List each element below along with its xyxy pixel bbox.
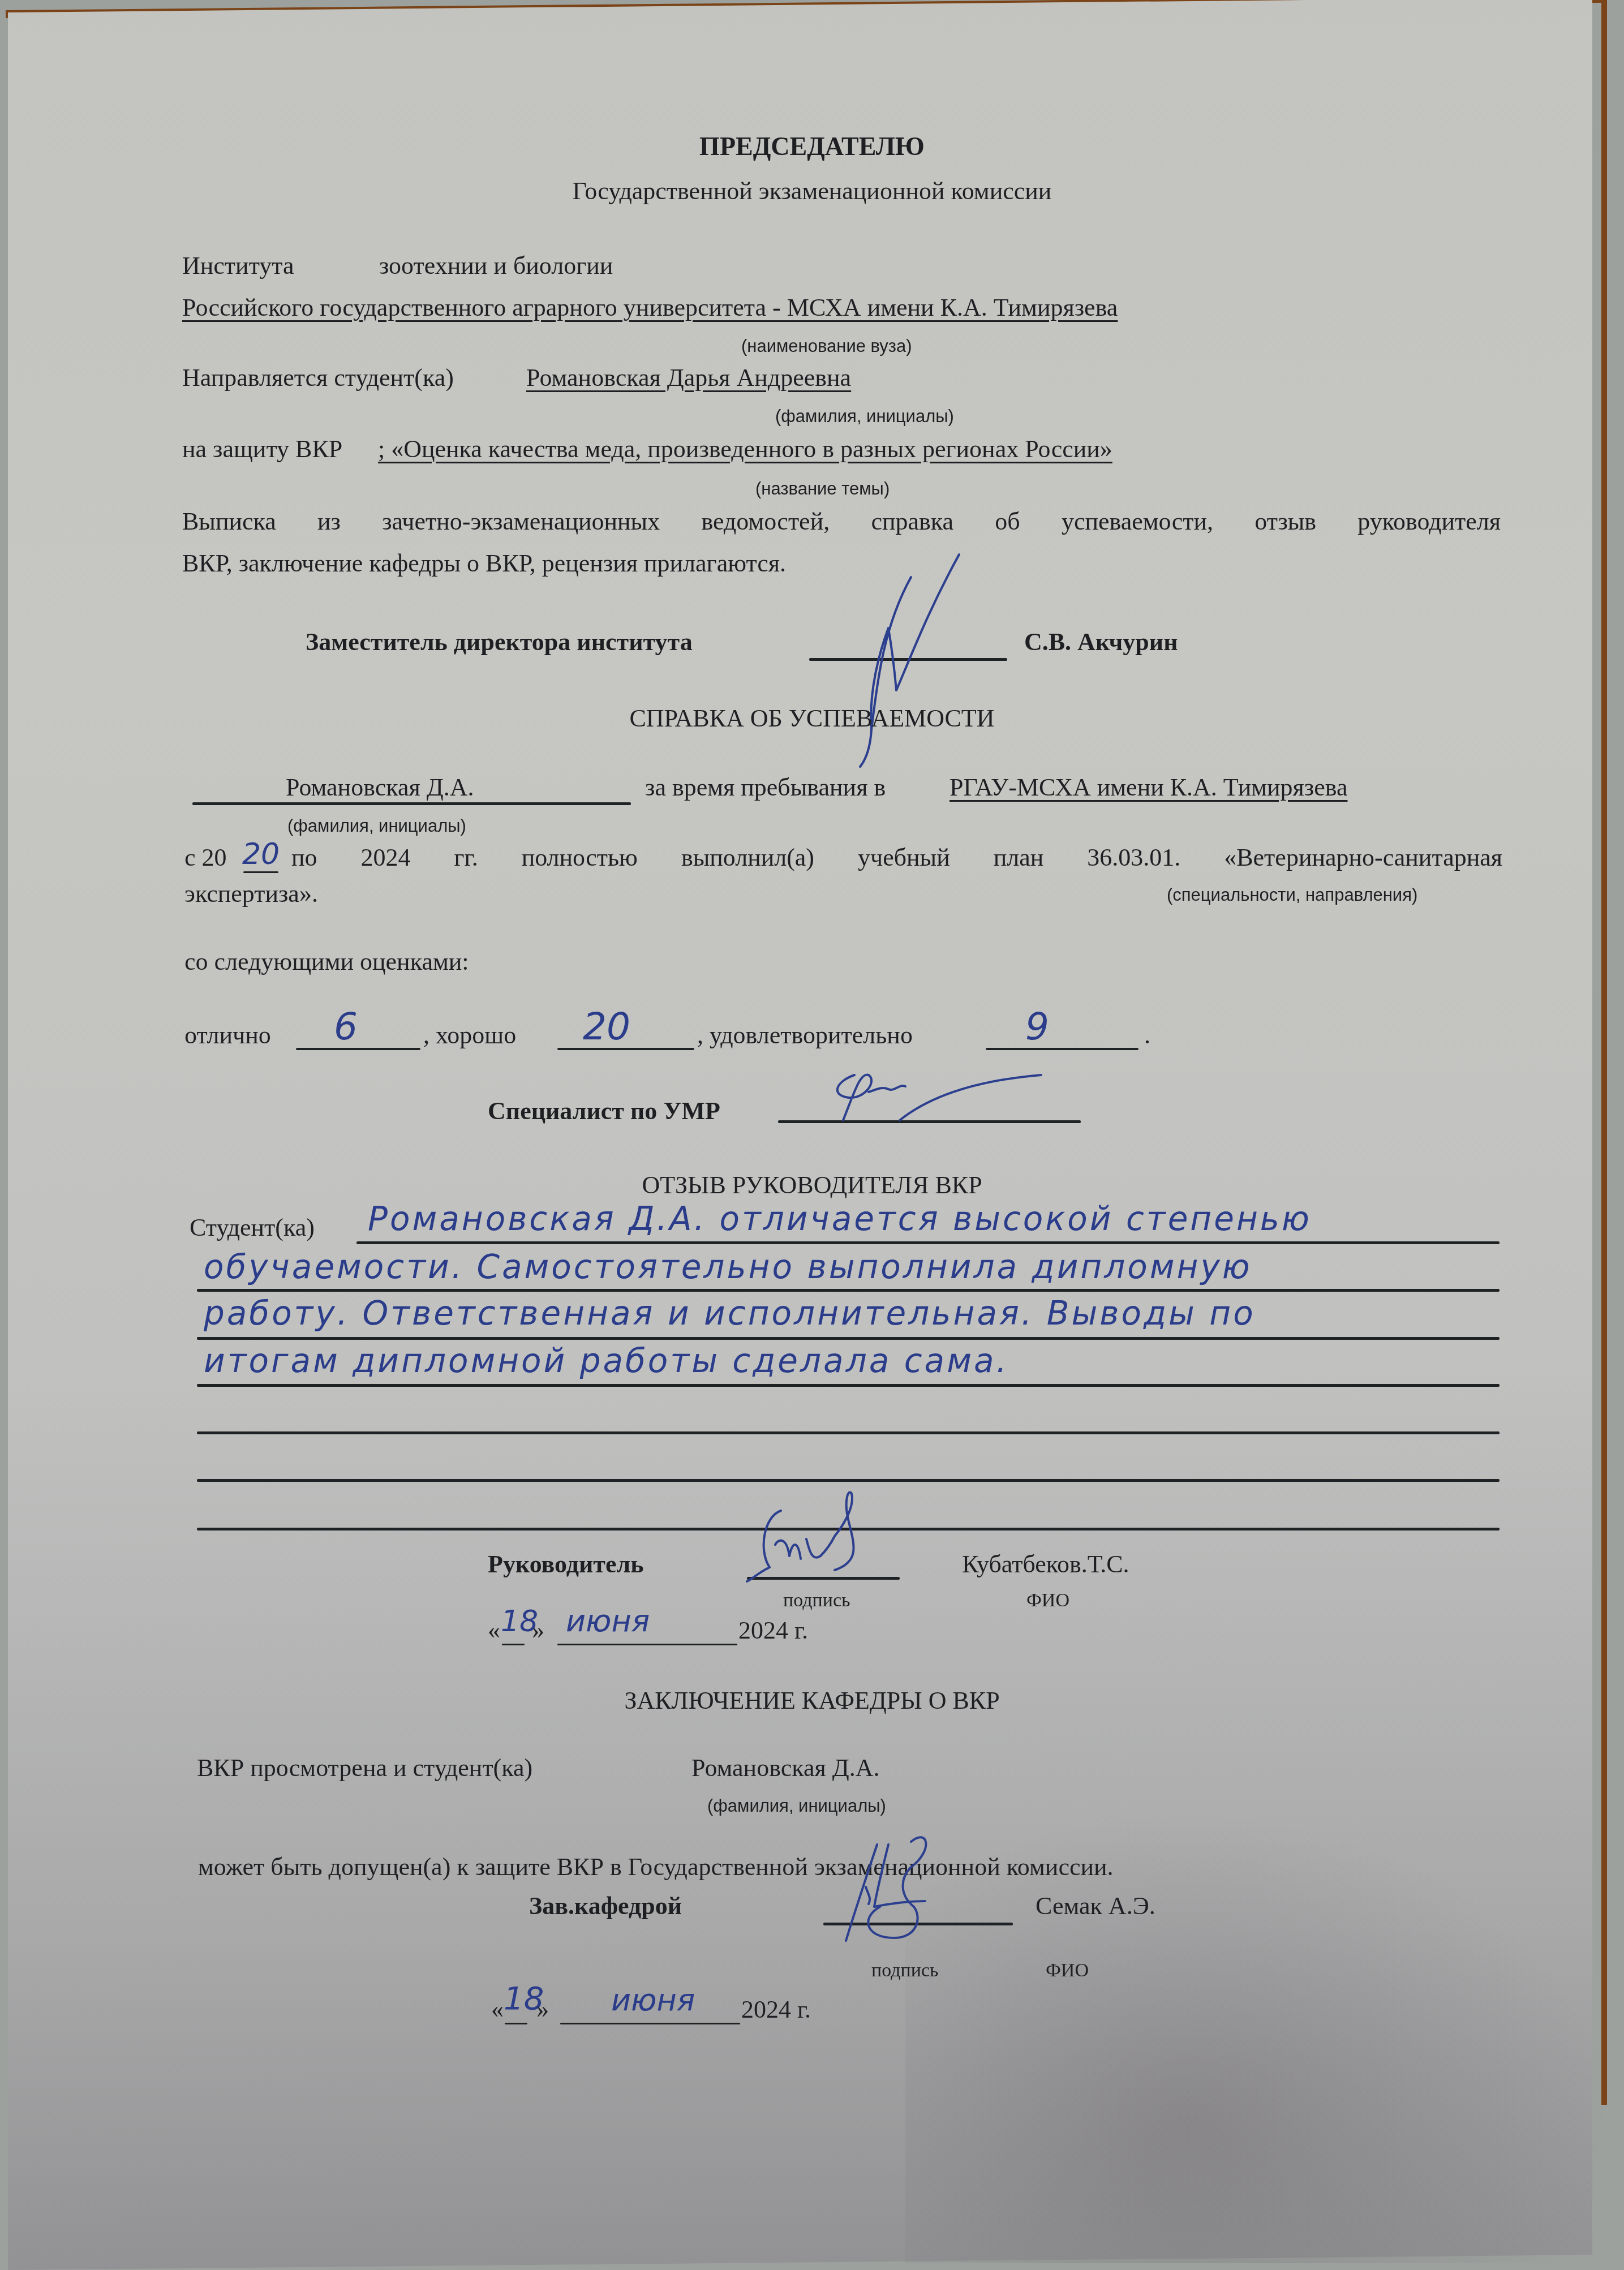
supervisor-signature-icon	[736, 1488, 917, 1590]
review-line-5	[197, 1431, 1500, 1434]
stay-text: за время пребывания в	[645, 775, 886, 800]
department-date-month: июня	[611, 1985, 695, 2015]
supervisor-date-month: июня	[566, 1606, 650, 1636]
review-text-line-4: итогам дипломной работы сделала сама.	[204, 1344, 1009, 1377]
grade-good-count: 20	[583, 1008, 630, 1046]
period-start-handwritten: 20	[242, 840, 280, 869]
performance-student-name: Романовская Д.А.	[286, 775, 474, 800]
grade-satisfactory-count: 9	[1025, 1008, 1049, 1046]
review-line-3	[197, 1337, 1500, 1340]
department-date-year: 2024 г.	[741, 1997, 811, 2022]
topic-caption: (название темы)	[755, 480, 890, 497]
supervisor-date-open: «	[488, 1618, 500, 1643]
document-title: ПРЕДСЕДАТЕЛЮ	[0, 134, 1624, 160]
institute-value: зоотехнии и биологии	[379, 253, 613, 278]
conclusion-title: ЗАКЛЮЧЕНИЕ КАФЕДРЫ О ВКР	[0, 1688, 1624, 1713]
student-full-name: Романовская Дарья Андреевна	[526, 366, 851, 390]
institute-label: Института	[182, 253, 294, 278]
department-head-label: Зав.кафедрой	[529, 1894, 682, 1919]
department-date-open: «	[491, 1997, 504, 2022]
department-name-caption: ФИО	[1046, 1961, 1089, 1980]
thesis-topic: ; «Оценка качества меда, произведенного …	[378, 437, 1112, 462]
review-text-line-3: работу. Ответственная и исполнительная. …	[204, 1297, 1256, 1330]
review-text-line-1: Романовская Д.А. отличается высокой степ…	[368, 1202, 1312, 1235]
review-line-4	[197, 1384, 1500, 1387]
specialty-caption: (специальности, направления)	[1167, 886, 1417, 904]
supervisor-month-line	[557, 1644, 737, 1645]
specialist-signature-icon	[815, 1064, 1052, 1126]
student-label: Направляется студент(ка)	[182, 366, 454, 390]
department-day-line	[505, 2023, 527, 2024]
specialty-end: экспертиза».	[184, 882, 318, 906]
supervisor-date-close: »	[532, 1618, 544, 1643]
deputy-director-name: С.В. Акчурин	[1024, 630, 1178, 655]
reviewed-text: ВКР просмотрена и студент(ка)	[197, 1756, 532, 1781]
performance-title: СПРАВКА ОБ УСПЕВАЕМОСТИ	[0, 706, 1624, 731]
conclusion-student-name: Романовская Д.А.	[691, 1756, 879, 1781]
grade-excellent-line	[296, 1048, 420, 1050]
department-date-close: »	[536, 1997, 549, 2022]
grade-good-label: , хорошо	[423, 1023, 516, 1048]
defense-label: на защиту ВКР	[182, 437, 342, 462]
department-head-name: Семак А.Э.	[1036, 1894, 1155, 1919]
department-month-line	[560, 2023, 740, 2024]
review-text-line-2: обучаемости. Самостоятельно выполнила ди…	[204, 1250, 1252, 1283]
grade-excellent-label: отлично	[184, 1023, 271, 1048]
specialist-label: Специалист по УМР	[488, 1099, 720, 1124]
grades-end: .	[1144, 1023, 1150, 1048]
university-short: РГАУ-МСХА имени К.А. Тимирязева	[950, 775, 1347, 800]
grades-intro: со следующими оценками:	[184, 949, 469, 974]
grade-satisfactory-label: , удовлетворительно	[697, 1023, 913, 1048]
department-signature-caption: подпись	[871, 1961, 939, 1980]
supervisor-label: Руководитель	[488, 1552, 643, 1577]
review-title: ОТЗЫВ РУКОВОДИТЕЛЯ ВКР	[0, 1173, 1624, 1198]
attachments-text-line2: ВКР, заключение кафедры о ВКР, рецензия …	[182, 551, 786, 576]
deputy-director-label: Заместитель директора института	[306, 630, 693, 655]
university-name: Российского государственного аграрного у…	[182, 295, 1118, 320]
university-caption: (наименование вуза)	[741, 337, 912, 355]
review-line-1	[356, 1241, 1500, 1244]
review-line-2	[197, 1289, 1500, 1292]
period-start-line	[243, 871, 278, 873]
document-subtitle: Государственной экзаменационной комиссии	[0, 179, 1624, 204]
review-line-6	[197, 1479, 1500, 1482]
supervisor-name: Кубатбеков.Т.С.	[962, 1552, 1129, 1577]
supervisor-date-year: 2024 г.	[738, 1618, 808, 1643]
period-prefix: с 20	[184, 845, 227, 870]
grade-excellent-count: 6	[334, 1008, 358, 1046]
period-text: по 2024 гг. полностью выполнил(а) учебны…	[291, 845, 1502, 870]
supervisor-name-caption: ФИО	[1026, 1591, 1069, 1610]
attachments-text-line1: Выписка из зачетно-экзаменационных ведом…	[182, 509, 1501, 534]
document-content: ПРЕДСЕДАТЕЛЮ Государственной экзаменацио…	[0, 0, 1624, 2270]
student-name-line	[192, 802, 631, 805]
department-head-signature-icon	[815, 1833, 996, 1946]
student-name-caption: (фамилия, инициалы)	[775, 407, 954, 425]
supervisor-day-line	[502, 1644, 525, 1645]
deputy-signature-icon	[837, 543, 985, 769]
conclusion-name-caption: (фамилия, инициалы)	[707, 1797, 886, 1815]
review-student-label: Студент(ка)	[190, 1215, 315, 1240]
performance-name-caption: (фамилия, инициалы)	[287, 817, 466, 835]
grade-satisfactory-line	[986, 1048, 1138, 1050]
supervisor-signature-caption: подпись	[783, 1591, 850, 1610]
